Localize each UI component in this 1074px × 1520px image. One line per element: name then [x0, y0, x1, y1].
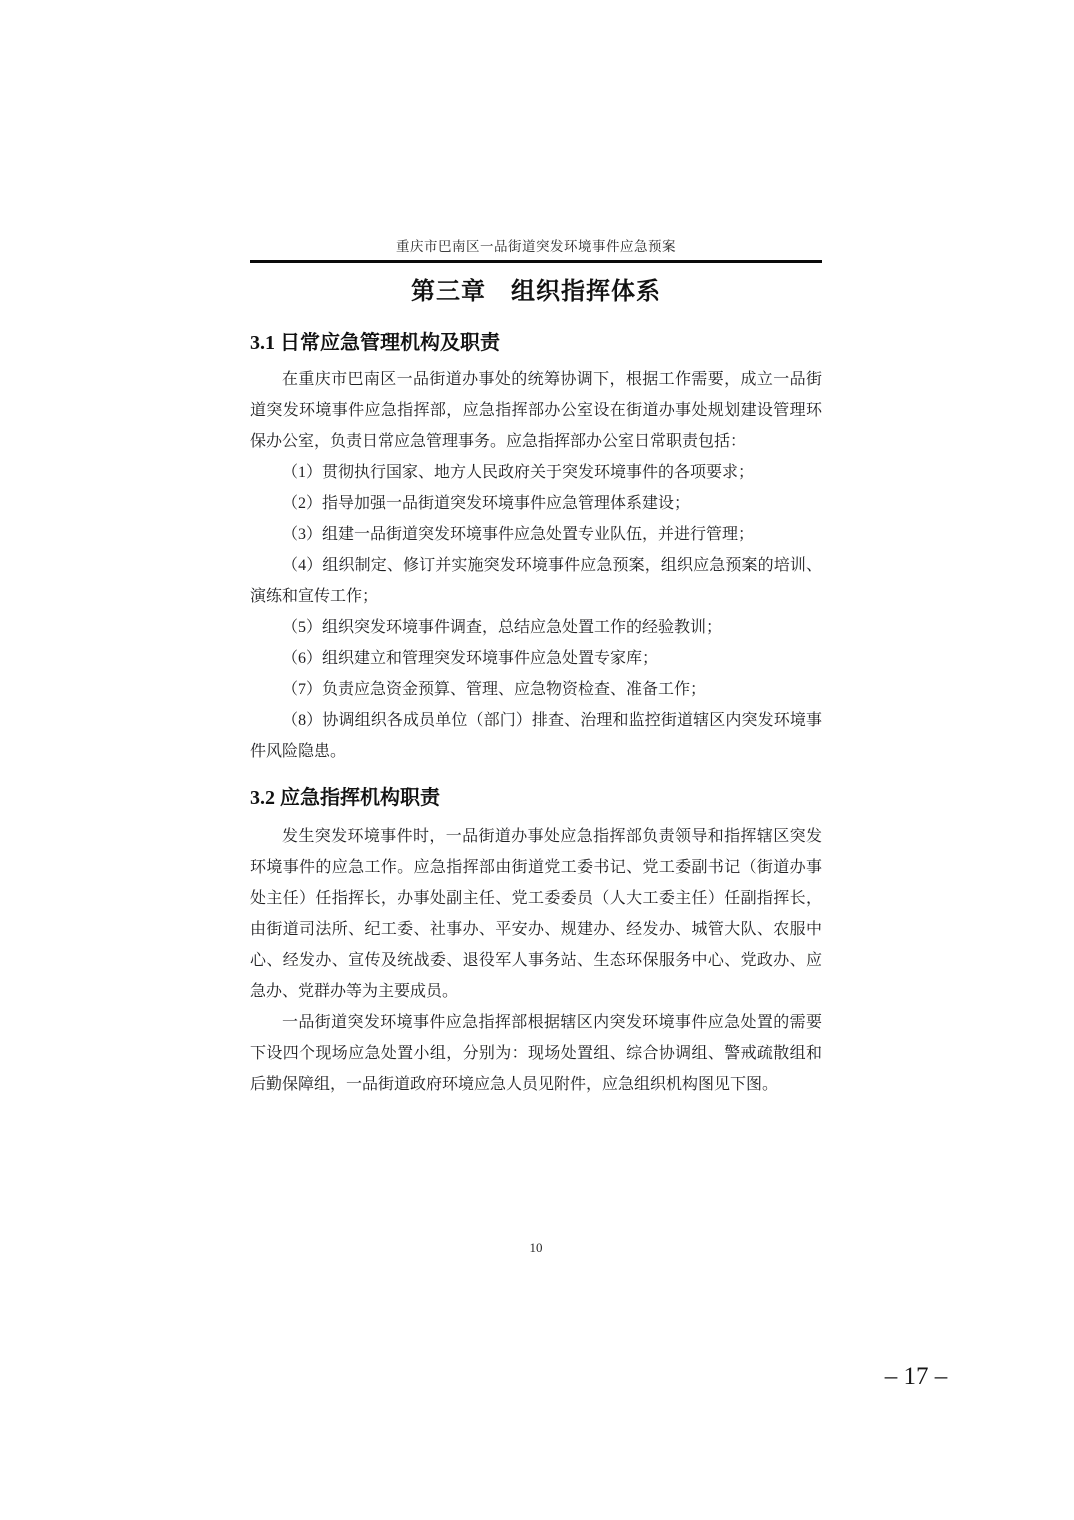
document-body: 第三章 组织指挥体系 3.1 日常应急管理机构及职责 在重庆市巴南区一品街道办事…	[250, 276, 822, 1100]
list-item-8: （8）协调组织各成员单位（部门）排查、治理和监控街道辖区内突发环境事件风险隐患。	[250, 705, 822, 767]
list-item-1: （1）贯彻执行国家、地方人民政府关于突发环境事件的各项要求；	[250, 457, 822, 488]
chapter-title: 第三章 组织指挥体系	[250, 276, 822, 308]
paragraph-intro: 在重庆市巴南区一品街道办事处的统筹协调下，根据工作需要，成立一品街道突发环境事件…	[250, 364, 822, 457]
section-heading-3-2: 3.2 应急指挥机构职责	[250, 785, 822, 811]
header-rule	[250, 260, 822, 263]
list-item-3: （3）组建一品街道突发环境事件应急处置专业队伍，并进行管理；	[250, 519, 822, 550]
document-page-label: – 17 –	[856, 1362, 976, 1392]
list-item-6: （6）组织建立和管理突发环境事件应急处置专家库；	[250, 643, 822, 674]
document-page: 重庆市巴南区一品街道突发环境事件应急预案 第三章 组织指挥体系 3.1 日常应急…	[0, 0, 1074, 1520]
running-header: 重庆市巴南区一品街道突发环境事件应急预案	[250, 238, 822, 256]
list-item-5: （5）组织突发环境事件调查，总结应急处置工作的经验教训；	[250, 612, 822, 643]
paragraph: 一品街道突发环境事件应急指挥部根据辖区内突发环境事件应急处置的需要下设四个现场应…	[250, 1007, 822, 1100]
page-number: 10	[250, 1240, 822, 1256]
paragraph: 发生突发环境事件时，一品街道办事处应急指挥部负责领导和指挥辖区突发环境事件的应急…	[250, 821, 822, 1007]
list-item-7: （7）负责应急资金预算、管理、应急物资检查、准备工作；	[250, 674, 822, 705]
list-item-4: （4）组织制定、修订并实施突发环境事件应急预案，组织应急预案的培训、演练和宣传工…	[250, 550, 822, 612]
section-heading-3-1: 3.1 日常应急管理机构及职责	[250, 330, 822, 356]
list-item-2: （2）指导加强一品街道突发环境事件应急管理体系建设；	[250, 488, 822, 519]
section-3-1-content: 在重庆市巴南区一品街道办事处的统筹协调下，根据工作需要，成立一品街道突发环境事件…	[250, 364, 822, 767]
section-3-2-content: 发生突发环境事件时，一品街道办事处应急指挥部负责领导和指挥辖区突发环境事件的应急…	[250, 821, 822, 1100]
